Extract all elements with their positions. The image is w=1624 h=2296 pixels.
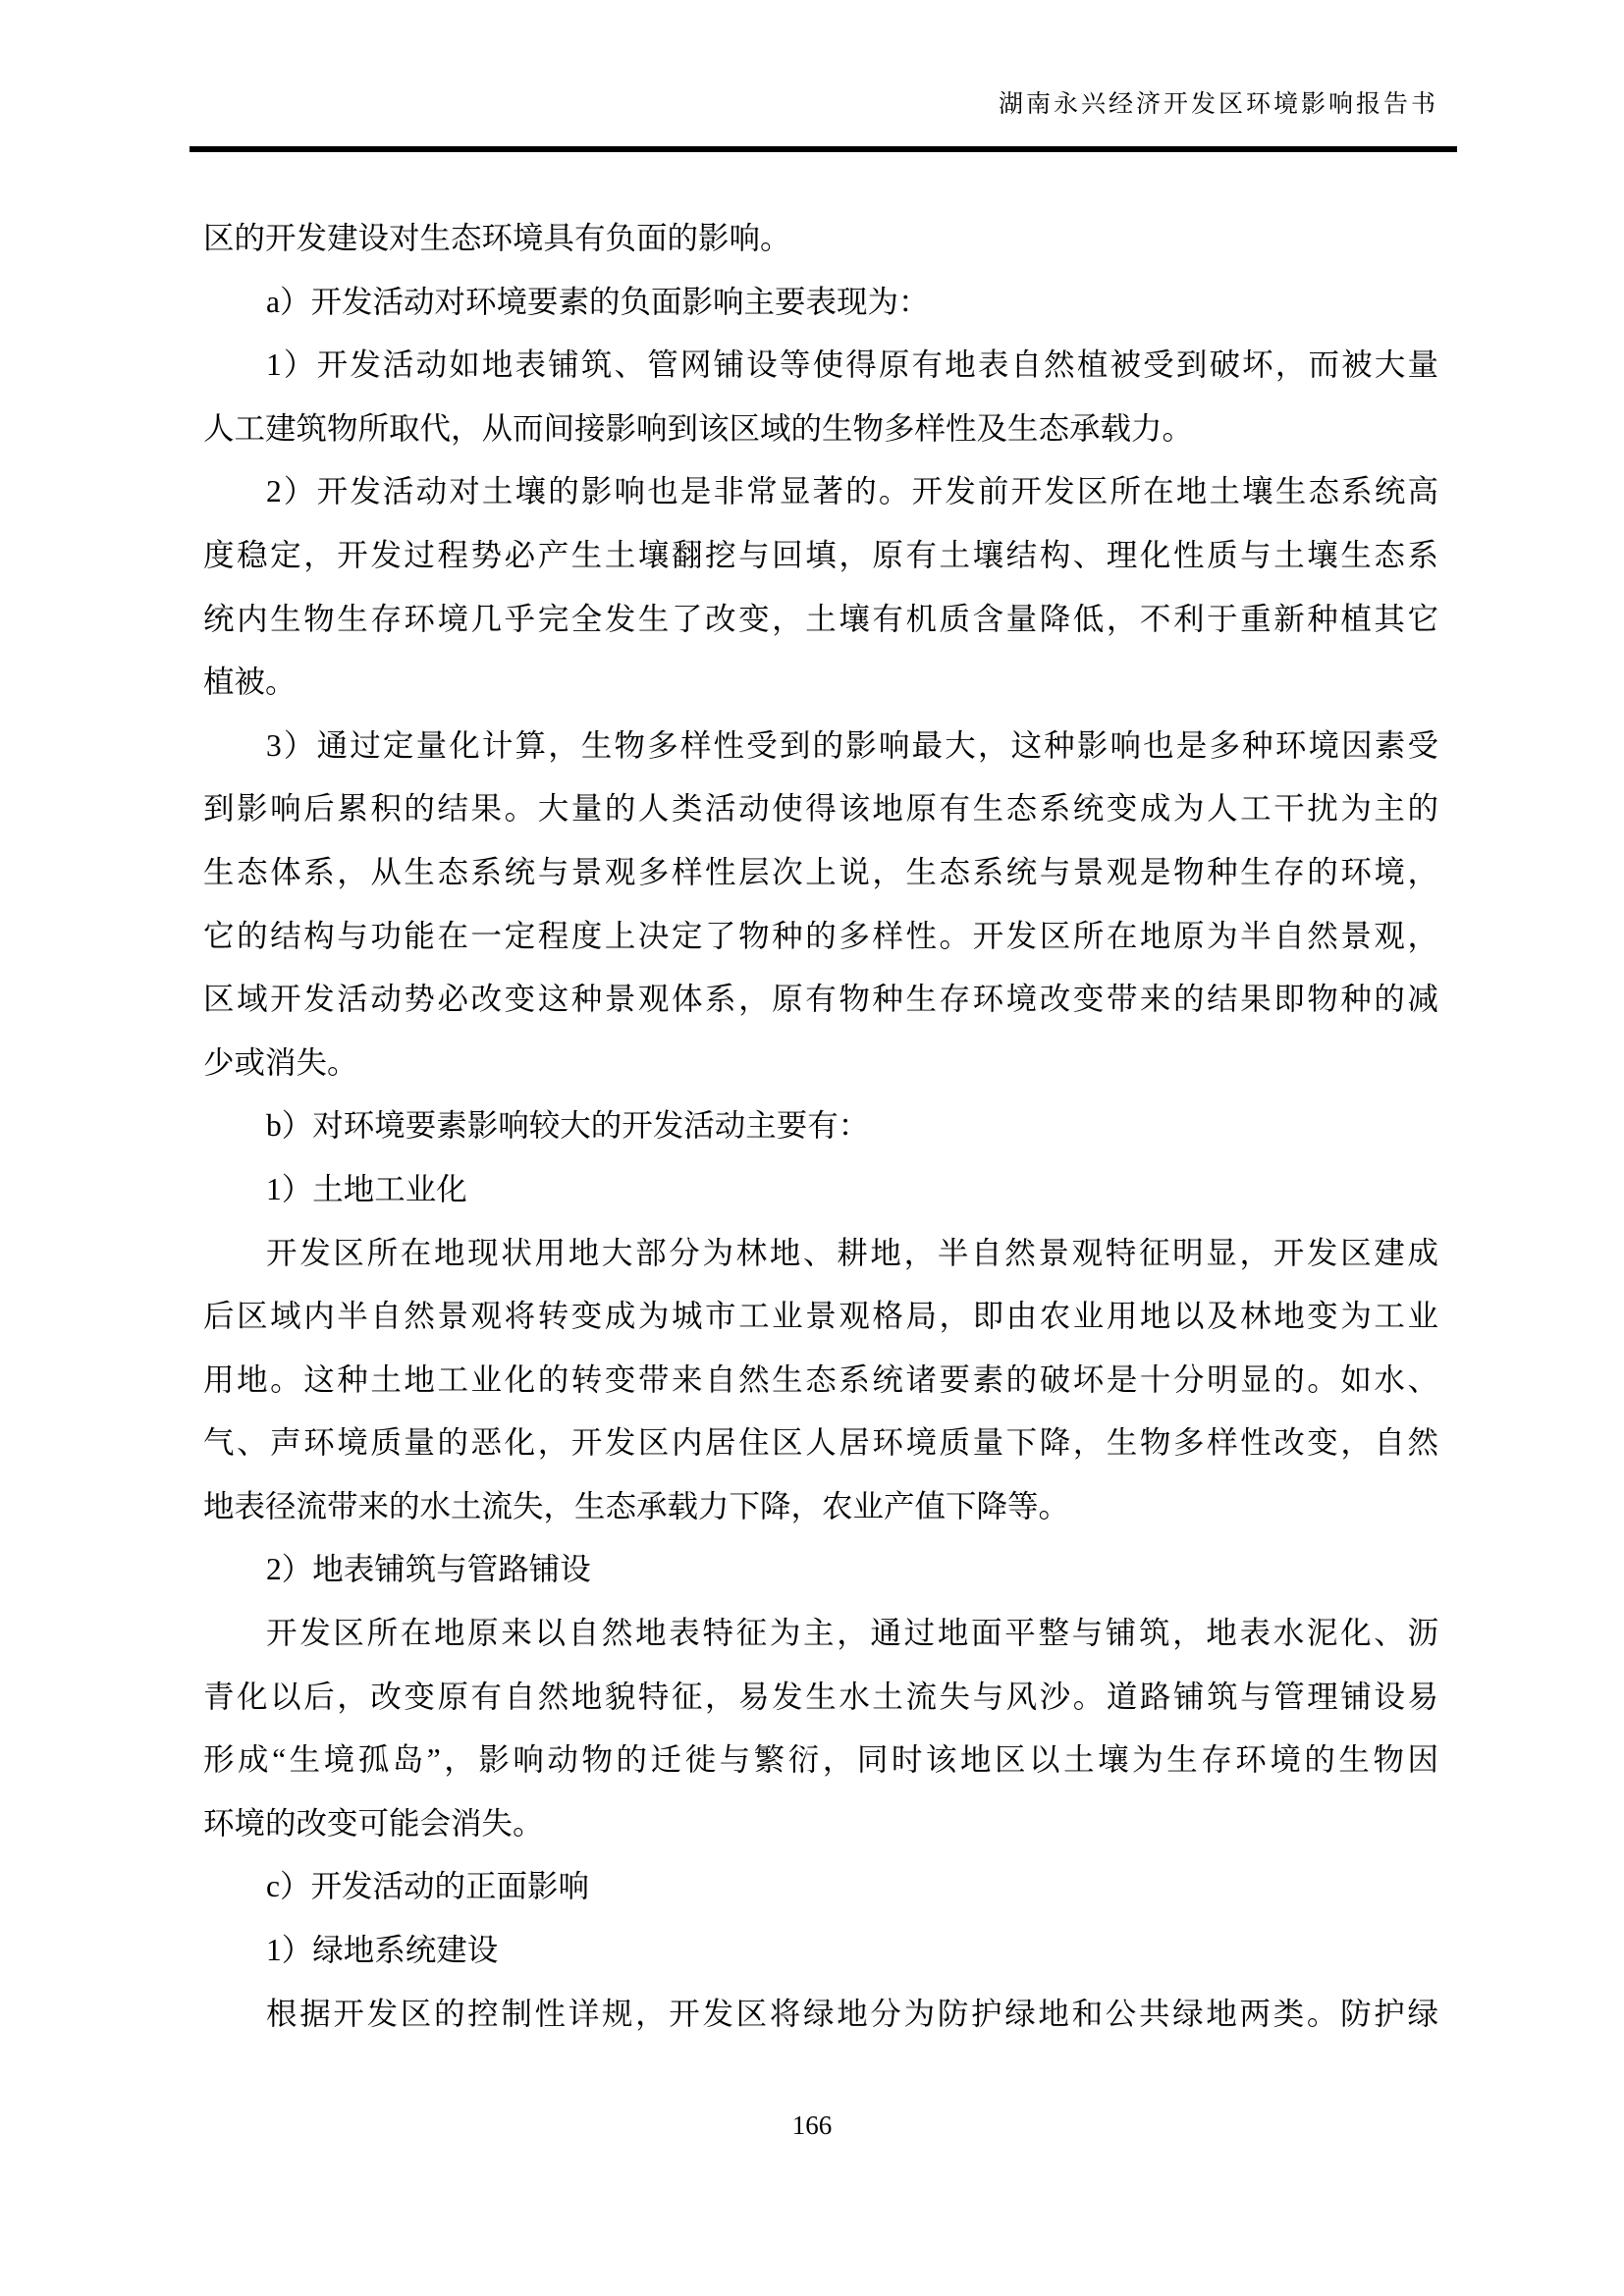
text-line: 地表径流带来的水土流失，生态承载力下降，农业产值下降等。 (203, 1475, 1438, 1539)
text-line: 1）绿地系统建设 (203, 1919, 1438, 1983)
body-text: 区的开发建设对生态环境具有负面的影响。a）开发活动对环境要素的负面影响主要表现为… (203, 207, 1438, 2046)
document-page: 湖南永兴经济开发区环境影响报告书 区的开发建设对生态环境具有负面的影响。a）开发… (0, 0, 1624, 2296)
text-line: 区的开发建设对生态环境具有负面的影响。 (203, 207, 1438, 271)
text-line: 少或消失。 (203, 1032, 1438, 1095)
text-line: 度稳定，开发过程势必产生土壤翻挖与回填，原有土壤结构、理化性质与土壤生态系 (203, 524, 1438, 588)
text-line: 开发区所在地现状用地大部分为林地、耕地，半自然景观特征明显，开发区建成 (203, 1222, 1438, 1286)
text-line: 青化以后，改变原有自然地貌特征，易发生水土流失与风沙。道路铺筑与管理铺设易 (203, 1666, 1438, 1730)
text-line: 2）开发活动对土壤的影响也是非常显著的。开发前开发区所在地土壤生态系统高 (203, 460, 1438, 524)
page-number: 166 (792, 2110, 833, 2140)
text-line: c）开发活动的正面影响 (203, 1855, 1438, 1919)
text-line: 植被。 (203, 651, 1438, 715)
text-line: 开发区所在地原来以自然地表特征为主，通过地面平整与铺筑，地表水泥化、沥 (203, 1602, 1438, 1666)
text-line: a）开发活动对环境要素的负面影响主要表现为： (203, 271, 1438, 335)
text-line: 人工建筑物所取代，从而间接影响到该区域的生物多样性及生态承载力。 (203, 398, 1438, 461)
text-line: 3）通过定量化计算，生物多样性受到的影响最大，这种影响也是多种环境因素受 (203, 715, 1438, 778)
text-line: b）对环境要素影响较大的开发活动主要有： (203, 1095, 1438, 1158)
text-line: 区域开发活动势必改变这种景观体系，原有物种生存环境改变带来的结果即物种的减 (203, 968, 1438, 1032)
text-line: 气、声环境质量的恶化，开发区内居住区人居环境质量下降，生物多样性改变，自然 (203, 1412, 1438, 1475)
text-line: 到影响后累积的结果。大量的人类活动使得该地原有生态系统变成为人工干扰为主的 (203, 777, 1438, 841)
header-rule (189, 146, 1457, 152)
text-line: 用地。这种土地工业化的转变带来自然生态系统诸要素的破坏是十分明显的。如水、 (203, 1349, 1438, 1413)
text-line: 环境的改变可能会消失。 (203, 1792, 1438, 1856)
text-line: 1）土地工业化 (203, 1158, 1438, 1222)
text-line: 统内生物生存环境几乎完全发生了改变，土壤有机质含量降低，不利于重新种植其它 (203, 588, 1438, 652)
text-line: 后区域内半自然景观将转变成为城市工业景观格局，即由农业用地以及林地变为工业 (203, 1285, 1438, 1349)
text-line: 根据开发区的控制性详规，开发区将绿地分为防护绿地和公共绿地两类。防护绿 (203, 1983, 1438, 2047)
text-line: 2）地表铺筑与管路铺设 (203, 1538, 1438, 1602)
text-line: 它的结构与功能在一定程度上决定了物种的多样性。开发区所在地原为半自然景观， (203, 905, 1438, 969)
text-line: 形成“生境孤岛”，影响动物的迁徙与繁衍，同时该地区以土壤为生存环境的生物因 (203, 1729, 1438, 1792)
text-line: 生态体系，从生态系统与景观多样性层次上说，生态系统与景观是物种生存的环境， (203, 841, 1438, 905)
page-footer: 166 (0, 2110, 1624, 2141)
page-header: 湖南永兴经济开发区环境影响报告书 (0, 84, 1438, 120)
text-line: 1）开发活动如地表铺筑、管网铺设等使得原有地表自然植被受到破坏，而被大量 (203, 334, 1438, 398)
header-title: 湖南永兴经济开发区环境影响报告书 (999, 91, 1438, 118)
